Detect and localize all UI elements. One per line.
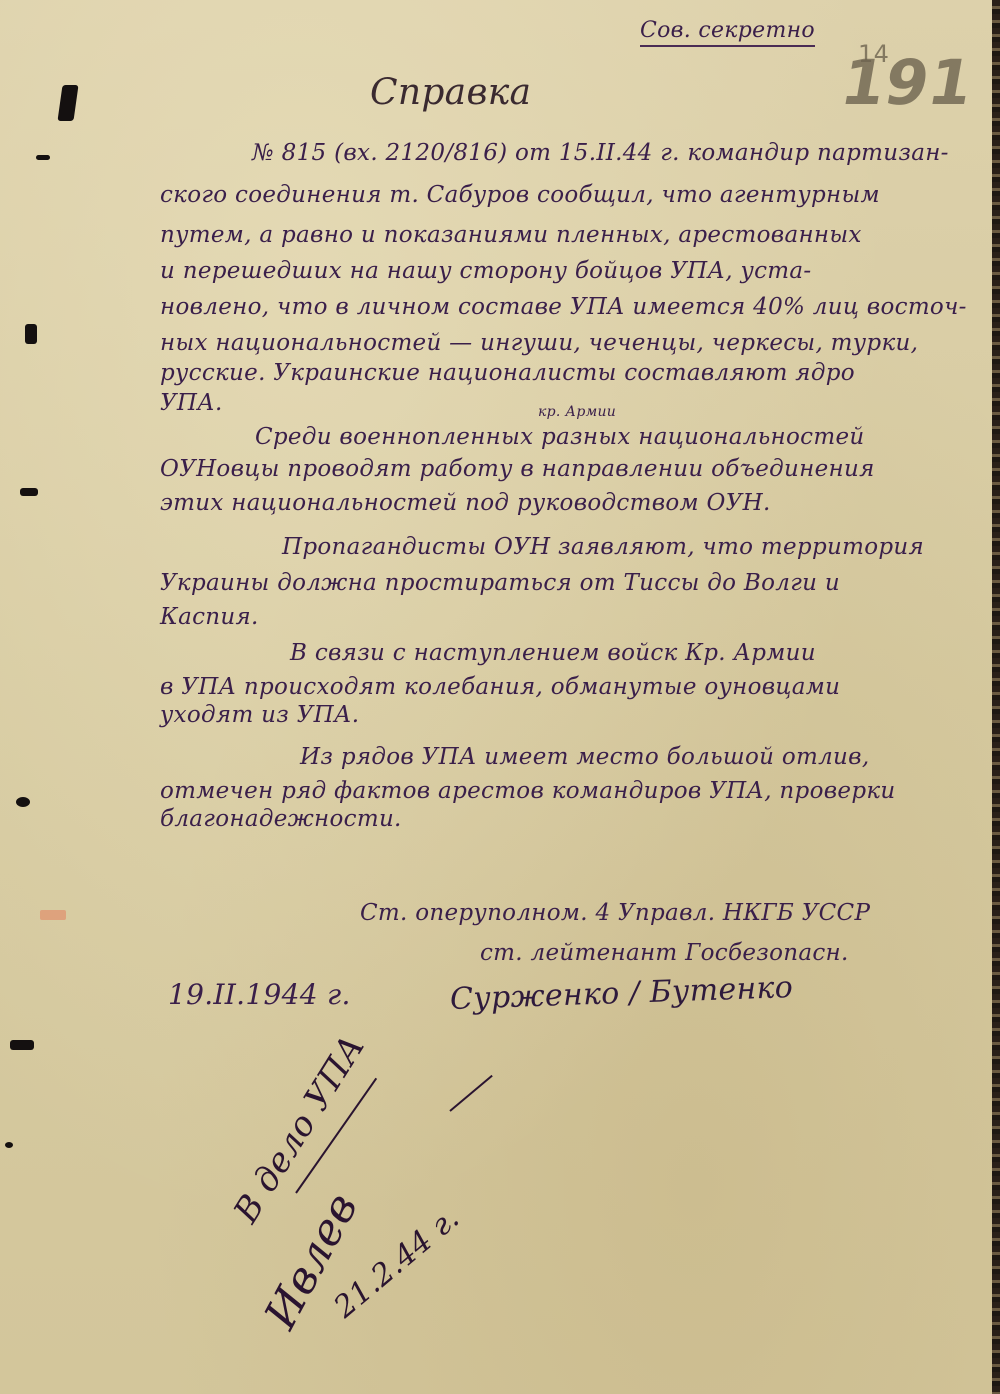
punch-hole: [20, 488, 38, 496]
folio-number: 191: [836, 46, 979, 119]
punch-hole: [36, 155, 50, 160]
page-edge: [992, 0, 1000, 1394]
text-line: ных национальностей — ингуши, чеченцы, ч…: [160, 330, 918, 356]
signature: Сурженко / Бутенко: [449, 970, 793, 1017]
text-line: ского соединения т. Сабуров сообщил, что…: [160, 182, 880, 208]
red-mark: [40, 910, 66, 920]
document-title: Справка: [370, 72, 531, 113]
text-line: Пропагандисты ОУН заявляют, что территор…: [282, 534, 924, 560]
text-line: Украины должна простираться от Тиссы до …: [160, 570, 840, 596]
text-line: новлено, что в личном составе УПА имеетс…: [160, 294, 967, 320]
punch-hole: [10, 1040, 34, 1050]
text-line: путем, а равно и показаниями пленных, ар…: [160, 222, 862, 248]
punch-hole: [57, 85, 78, 121]
text-line: уходят из УПА.: [160, 702, 359, 728]
classification-stamp: Сов. секретно: [640, 18, 815, 47]
text-line: русские. Украинские националисты составл…: [160, 360, 855, 386]
text-line: Среди военнопленных разных национальност…: [255, 424, 864, 450]
insertion-note: кр. Армии: [538, 404, 616, 420]
text-line: В связи с наступлением войск Кр. Армии: [290, 640, 816, 666]
text-line: № 815 (вх. 2120/816) от 15.II.44 г. кома…: [252, 140, 949, 166]
text-line: Из рядов УПА имеет место большой отлив,: [300, 744, 869, 770]
text-line: Каспия.: [160, 604, 259, 630]
text-line: в УПА происходят колебания, обманутые оу…: [160, 674, 840, 700]
punch-hole: [5, 1142, 13, 1148]
resolution-stroke: [449, 1075, 492, 1112]
punch-hole: [16, 797, 30, 807]
document-page: Сов. секретно 14 191 Справка № 815 (вх. …: [0, 0, 992, 1394]
signature-date: 19.II.1944 г.: [168, 978, 351, 1011]
text-line: этих национальностей под руководством ОУ…: [160, 490, 771, 516]
text-line: УПА.: [160, 390, 223, 416]
signer-rank: ст. лейтенант Госбезопасн.: [480, 940, 849, 966]
signer-position: Ст. оперуполном. 4 Управл. НКГБ УССР: [360, 900, 870, 926]
text-line: и перешедших на нашу сторону бойцов УПА,…: [160, 258, 811, 284]
punch-hole: [25, 324, 37, 344]
text-line: благонадежности.: [160, 806, 402, 832]
text-line: ОУНовцы проводят работу в направлении об…: [160, 456, 875, 482]
text-line: отмечен ряд фактов арестов командиров УП…: [160, 778, 896, 804]
